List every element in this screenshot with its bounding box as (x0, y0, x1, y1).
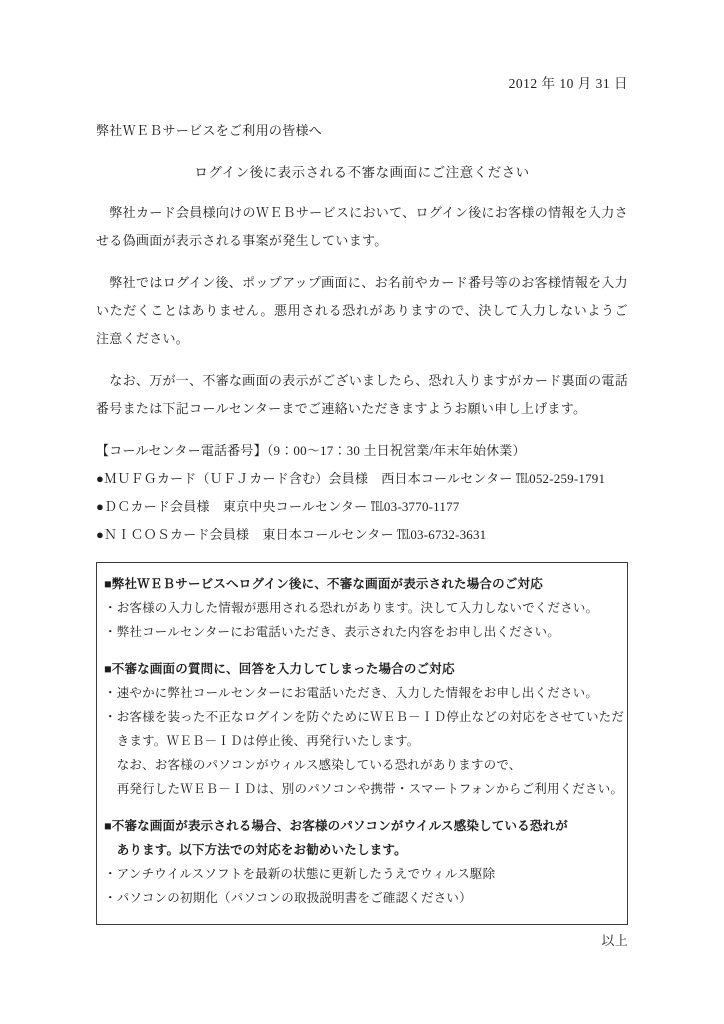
notice-line: ・アンチウイルスソフトを最新の状態に更新したうえでウィルス駆除 (104, 862, 625, 886)
notice-section-header: ■不審な画面の質問に、回答を入力してしまった場合のご対応 (104, 657, 625, 681)
notice-section-virus-infection: ■不審な画面が表示される場合、お客様のパソコンがウイルス感染している恐れが あり… (104, 814, 625, 910)
salutation-line: 弊社ＷＥＢサービスをご利用の皆様へ (96, 120, 628, 139)
callcenter-item: ●ＤＣカード会員様 東京中央コールセンター ℡03-3770-1177 (96, 493, 628, 521)
paragraph: 弊社ではログイン後、ポップアップ画面に、お名前やカード番号等のお客様情報を入力い… (96, 269, 628, 353)
notice-line: ・速やかに弊社コールセンターにお電話いただき、入力した情報をお申し出ください。 (104, 681, 625, 705)
notice-section-suspicious-screen: ■弊社ＷＥＢサービスへログイン後に、不審な画面が表示された場合のご対応 ・お客様… (104, 572, 625, 644)
notice-section-header: ■弊社ＷＥＢサービスへログイン後に、不審な画面が表示された場合のご対応 (104, 572, 625, 596)
document-page: 2012 年 10 月 31 日 弊社ＷＥＢサービスをご利用の皆様へ ログイン後… (0, 0, 724, 1024)
notice-line: ・弊社コールセンターにお電話いただき、表示された内容をお申し出ください。 (104, 620, 625, 644)
notice-section-header-line2: あります。以下方法での対応をお勧めいたします。 (104, 838, 625, 862)
document-content: 2012 年 10 月 31 日 弊社ＷＥＢサービスをご利用の皆様へ ログイン後… (96, 72, 628, 949)
document-date: 2012 年 10 月 31 日 (96, 72, 628, 92)
closing-mark: 以上 (96, 930, 628, 949)
paragraph: 弊社カード会員様向けのＷＥＢサービスにおいて、ログイン後にお客様の情報を入力させ… (96, 199, 628, 255)
notice-line: ・パソコンの初期化（パソコンの取扱説明書をご確認ください） (104, 886, 625, 910)
callcenter-heading: 【コールセンター電話番号】（9：00～17：30 土日祝営業/年末年始休業） (96, 437, 628, 465)
notice-line: ・お客様を装った不正なログインを防ぐためにＷＥＢ－ＩＤ停止などの対応をさせていた… (104, 705, 625, 729)
callcenter-item: ●ＭＵＦＧカード（ＵＦＪカード含む）会員様 西日本コールセンター ℡052-25… (96, 465, 628, 493)
callcenter-item: ●ＮＩＣＯＳカード会員様 東日本コールセンター ℡03-6732-3631 (96, 521, 628, 549)
notice-line: きます。ＷＥＢ－ＩＤは停止後、再発行いたします。 (104, 729, 625, 753)
notice-line: 再発行したＷＥＢ－ＩＤは、別のパソコンや携帯・スマートフォンからご利用ください。 (104, 777, 625, 801)
document-title: ログイン後に表示される不審な画面にご注意ください (96, 161, 628, 181)
notice-line: なお、お客様のパソコンがウィルス感染している恐れがありますので、 (104, 753, 625, 777)
notice-section-header: ■不審な画面が表示される場合、お客様のパソコンがウイルス感染している恐れが (104, 814, 625, 838)
notice-line: ・お客様の入力した情報が悪用される恐れがあります。決して入力しないでください。 (104, 596, 625, 620)
paragraph: なお、万が一、不審な画面の表示がございましたら、恐れ入りますがカード裏面の電話番… (96, 367, 628, 423)
callcenter-block: 【コールセンター電話番号】（9：00～17：30 土日祝営業/年末年始休業） ●… (96, 437, 628, 549)
notice-box: ■弊社ＷＥＢサービスへログイン後に、不審な画面が表示された場合のご対応 ・お客様… (96, 562, 628, 925)
notice-section-entered-answer: ■不審な画面の質問に、回答を入力してしまった場合のご対応 ・速やかに弊社コールセ… (104, 657, 625, 801)
